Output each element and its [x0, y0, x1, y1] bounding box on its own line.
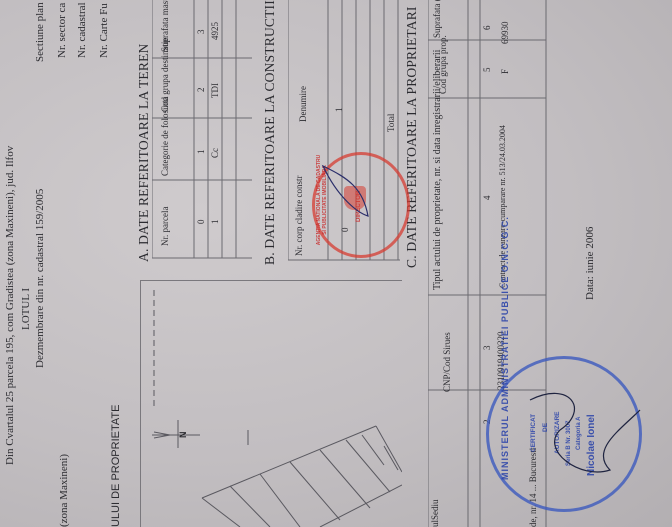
dismemberment-line: Dezmembrare din nr. cadastral 159/2005 [34, 189, 46, 368]
cell-suprafata-teren: 69930 [500, 22, 510, 45]
idx-a-3: 3 [196, 30, 206, 35]
north-label: N [178, 432, 188, 439]
lot-label: LOTUL I [20, 288, 32, 330]
idx-a-2: 2 [196, 88, 206, 93]
document-sheet: Din Cvartalul 25 parcela 195, com Gradis… [0, 0, 672, 527]
sectiune-plan-label: Sectiune plan [34, 2, 46, 62]
cell-cod-prop: F [500, 69, 510, 74]
idx-c-3: 3 [482, 346, 492, 351]
idx-c-6: 6 [482, 26, 492, 31]
section-b-title: B. DATE REFERITOARE LA CONSTRUCTII [262, 0, 278, 265]
idx-c-5: 5 [482, 68, 492, 73]
cell-cod-grupa: TDI [210, 83, 220, 98]
signature-red-stamp [318, 158, 388, 228]
cell-parcela: 1 [210, 220, 220, 225]
signature-blue-stamp [500, 370, 650, 500]
col-cod-grupa-prop: Cod grupa prop. [438, 35, 448, 94]
document-date: Data: iunie 2006 [584, 227, 596, 300]
col-suprafata: Suprafata masurata (mp) [160, 0, 170, 52]
county-fragment: (zona Maxineni) [58, 454, 70, 527]
col-suprafata-teren: Suprafata (ha/m) Teren [432, 0, 442, 38]
idx-a-0: 0 [196, 220, 206, 225]
cell-categorie: Cc [210, 148, 220, 158]
col-nr-parcela: Nr. parcela [160, 207, 170, 246]
cell-suprafata: 4925 [210, 22, 220, 40]
col-cnp: CNP/Cod Sirues [442, 332, 452, 392]
idx-b-1: 1 [334, 108, 344, 113]
cadastral-label: Nr. cadastral [76, 2, 88, 58]
section-a-title: A. DATE REFERITOARE LA TEREN [136, 44, 152, 262]
total-label: Total [386, 114, 396, 132]
col-denumire: Denumire [298, 86, 308, 122]
address-line: Din Cvartalul 25 parcela 195, com Gradis… [4, 146, 16, 465]
sector-label: Nr. sector ca [56, 3, 68, 58]
idx-a-1: 1 [196, 150, 206, 155]
col-nr-corp: Nr. corp cladire constr [294, 176, 304, 256]
plan-title: ULUI DE PROPRIETATE [110, 405, 122, 527]
col-sediu: ulSediu [430, 499, 440, 527]
idx-c-4: 4 [482, 196, 492, 201]
plan-drawing [140, 280, 402, 527]
section-c-title: C. DATE REFERITOARE LA PROPRIETARI [404, 6, 420, 268]
carte-funciara-label: Nr. Carte Fu [98, 3, 110, 58]
